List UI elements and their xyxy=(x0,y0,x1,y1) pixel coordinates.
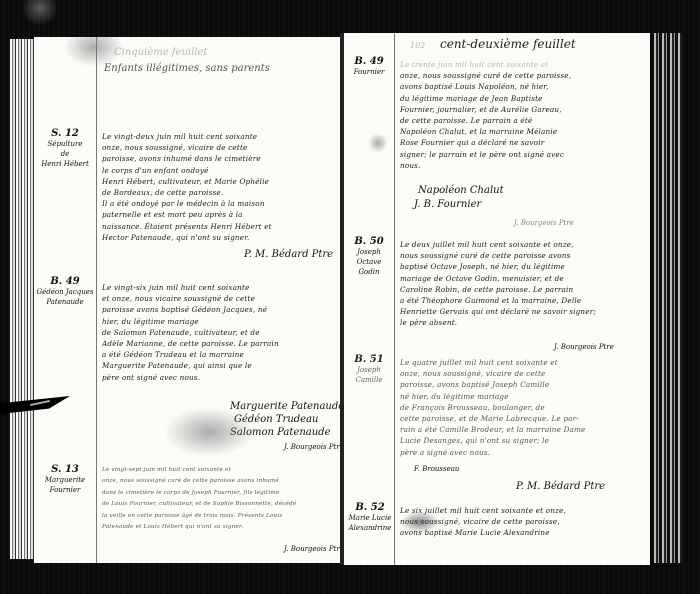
entry-line: nous soussigné curé de cette paroisse av… xyxy=(400,250,644,261)
stain xyxy=(164,407,254,457)
left-page-stack-edge xyxy=(10,39,36,559)
entry-line: père a signé avec nous. xyxy=(400,447,644,458)
margin-name-line: Joseph Camille xyxy=(344,365,394,385)
entry-text-s12: Le vingt-deux juin mil huit cent soixant… xyxy=(102,131,336,243)
entry-line: paternelle et est mort peu après à la xyxy=(102,209,336,220)
entry-line: paroisse avons baptisé Gédéon Jacques, n… xyxy=(102,304,336,315)
entry-line: dans le cimetière le corps de Joseph Fou… xyxy=(102,488,338,499)
right-page: 102 cent-deuxième feuillet B. 49 Fournie… xyxy=(344,33,650,565)
entry-line: de Salomon Patenaude, cultivateur, et de xyxy=(102,327,336,338)
margin-name-line: Fournier xyxy=(36,485,94,495)
entry-line: Le vingt-sept juin mil huit cent soixant… xyxy=(102,465,338,476)
entry-margin-b52: B. 52 Marie Lucie Alexandrine xyxy=(344,503,396,533)
entry-line: père ont signé avec nous. xyxy=(102,372,336,383)
entry-line: Le vingt-deux juin mil huit cent soixant… xyxy=(102,131,336,142)
entry-line: onze, nous soussigné curé de cette paroi… xyxy=(400,70,644,81)
page-header: cent-deuxième feuillet xyxy=(440,37,576,51)
entry-line: avons baptisé Louis Napoléon, né hier, xyxy=(400,81,644,92)
entry-line: baptisé Octave Joseph, né hier, du légit… xyxy=(400,261,644,272)
entry-text-b49-right: Le trente juin mil huit cent soixante et… xyxy=(400,59,644,171)
entry-text-b50: Le deux juillet mil huit cent soixante e… xyxy=(400,239,644,329)
margin-rule xyxy=(394,33,395,565)
entry-line: le corps d'un enfant ondoyé xyxy=(102,165,336,176)
officiant-signature: J. Bourgeois Ptre xyxy=(284,545,340,553)
entry-text-s13: Le vingt-sept juin mil huit cent soixant… xyxy=(102,465,338,533)
entry-line: onze, nous soussigné, vicaire de cette xyxy=(102,142,336,153)
entry-line: Patenaude et Louis Hébert qui n'ont su s… xyxy=(102,522,338,533)
right-page-stack-edge xyxy=(654,33,682,563)
entry-line: Le vingt-six juin mil huit cent soixante xyxy=(102,282,336,293)
margin-name-line: Joseph Octave xyxy=(344,247,394,267)
entry-line: mariage de Octave Godin, menuisier, et d… xyxy=(400,273,644,284)
witness-signature: Napoléon Chalut xyxy=(418,185,504,196)
entry-line: a été Théophore Guimond et la marraine, … xyxy=(400,295,644,306)
entry-line: rain a été Camille Brodeur, et la marrai… xyxy=(400,424,644,435)
entry-line: Henriette Gervais qui ont déclaré ne sav… xyxy=(400,306,644,317)
entry-line: Rose Fournier qui a déclaré ne savoir xyxy=(400,137,644,148)
entry-line: paroisse, avons baptisé Joseph Camille xyxy=(400,379,644,390)
margin-name-line: Marguerite xyxy=(36,475,94,485)
entry-number: B. 49 xyxy=(344,57,394,67)
entry-margin-s13: S. 13 Marguerite Fournier xyxy=(36,465,94,495)
entry-line: de Louis Fournier, cultivateur, et de So… xyxy=(102,499,338,510)
entry-line: Le six juillet mil huit cent soixante et… xyxy=(400,505,644,516)
entry-number: S. 13 xyxy=(36,465,94,475)
entry-number: B. 50 xyxy=(344,237,394,247)
left-header-faded: Cinquième feuillet xyxy=(114,47,207,58)
entry-margin-b49-right: B. 49 Fournier xyxy=(344,57,394,77)
entry-line: Hector Patenaude, qui n'ont su signer. xyxy=(102,232,336,243)
officiant-signature: J. Bourgeois Ptre xyxy=(554,343,614,351)
left-page: Cinquième feuillet Enfants illégitimes, … xyxy=(34,37,340,563)
entry-line: Le deux juillet mil huit cent soixante e… xyxy=(400,239,644,250)
witness-signature: F. Brousseau xyxy=(414,465,459,473)
entry-line: onze, nous soussigné curé de cette paroi… xyxy=(102,476,338,487)
entry-line: avons baptisé Marie Lucie Alexandrine xyxy=(400,527,644,538)
witness-signature: Marguerite Patenaude xyxy=(230,401,340,412)
margin-name-line: de xyxy=(36,149,94,159)
entry-line: paroisse, avons inhumé dans le cimetière xyxy=(102,153,336,164)
entry-number: B. 51 xyxy=(344,355,394,365)
entry-margin-b51: B. 51 Joseph Camille xyxy=(344,355,394,385)
margin-name-line: Marie Lucie xyxy=(344,513,396,523)
entry-line: signer; le parrain et le père ont signé … xyxy=(400,149,644,160)
witness-signature: J. B. Fournier xyxy=(414,199,481,210)
margin-name-line: Patenaude xyxy=(36,297,94,307)
entry-number: S. 12 xyxy=(36,129,94,139)
entry-margin-b50: B. 50 Joseph Octave Godin xyxy=(344,237,394,277)
entry-text-b51: Le quatre juillet mil huit cent soixante… xyxy=(400,357,644,458)
entry-line: Il a été ondoyé par le médecin à la mais… xyxy=(102,198,336,209)
entry-line: de François Brousseau, boulanger, de xyxy=(400,402,644,413)
officiant-signature: P. M. Bédard Ptre xyxy=(244,249,333,260)
entry-line: nous. xyxy=(400,160,644,171)
entry-margin-s12: S. 12 Sépulture de Henri Hébert xyxy=(36,129,94,169)
entry-line: la veille en cette paroisse âgé de trois… xyxy=(102,511,338,522)
entry-margin-b49: B. 49 Gédéon Jacques Patenaude xyxy=(36,277,94,307)
entry-line: hier, du légitime mariage xyxy=(102,316,336,327)
entry-line: Caroline Robin, de cette paroisse. Le pa… xyxy=(400,284,644,295)
entry-line: Adèle Marianne, de cette paroisse. Le pa… xyxy=(102,338,336,349)
entry-line: et onze, nous vicaire soussigné de cette xyxy=(102,293,336,304)
officiant-signature: J. Bourgeois Ptre xyxy=(514,219,574,227)
margin-rule xyxy=(96,37,97,563)
officiant-signature: P. M. Bédard Ptre xyxy=(516,481,605,492)
margin-name-line: Gédéon Jacques xyxy=(36,287,94,297)
entry-line: le père absent. xyxy=(400,317,644,328)
entry-line: de cette paroisse. Le parrain a été xyxy=(400,115,644,126)
entry-line: né hier, du légitime mariage xyxy=(400,391,644,402)
open-register-book: Cinquième feuillet Enfants illégitimes, … xyxy=(10,33,682,568)
entry-line: naissance. Étaient présents Henri Hébert… xyxy=(102,221,336,232)
margin-name-line: Fournier xyxy=(344,67,394,77)
entry-text-b49: Le vingt-six juin mil huit cent soixante… xyxy=(102,282,336,383)
entry-line: a été Gédéon Trudeau et la marraine xyxy=(102,349,336,360)
left-header-subtitle: Enfants illégitimes, sans parents xyxy=(104,63,270,74)
ink-blot xyxy=(400,511,440,533)
entry-number: B. 49 xyxy=(36,277,94,287)
entry-line: de Bordeaux, de cette paroisse. xyxy=(102,187,336,198)
entry-line: Fournier, journalier, et de Aurélie Gare… xyxy=(400,104,644,115)
entry-number: B. 52 xyxy=(344,503,396,513)
stain xyxy=(368,133,388,153)
margin-name-line: Henri Hébert xyxy=(36,159,94,169)
entry-line: cette paroisse, et de Marie Labrecque. L… xyxy=(400,413,644,424)
entry-line: Le quatre juillet mil huit cent soixante… xyxy=(400,357,644,368)
folio-number: 102 xyxy=(410,41,425,50)
officiant-signature: J. Bourgeois Ptre xyxy=(284,443,340,451)
entry-line: Le trente juin mil huit cent soixante et xyxy=(400,59,644,70)
entry-line: onze, nous soussigné, vicaire de cette xyxy=(400,368,644,379)
entry-line: Napoléon Chalut, et la marraine Mélanie xyxy=(400,126,644,137)
margin-name-line: Alexandrine xyxy=(344,523,396,533)
margin-name-line: Sépulture xyxy=(36,139,94,149)
margin-name-line: Godin xyxy=(344,267,394,277)
entry-line: Lucie Desanges, qui n'ont su signer; le xyxy=(400,435,644,446)
entry-line: du légitime mariage de Jean Baptiste xyxy=(400,93,644,104)
entry-line: Henri Hébert, cultivateur, et Marie Ophé… xyxy=(102,176,336,187)
entry-line: Marguerite Patenaude, qui ainsi que le xyxy=(102,360,336,371)
